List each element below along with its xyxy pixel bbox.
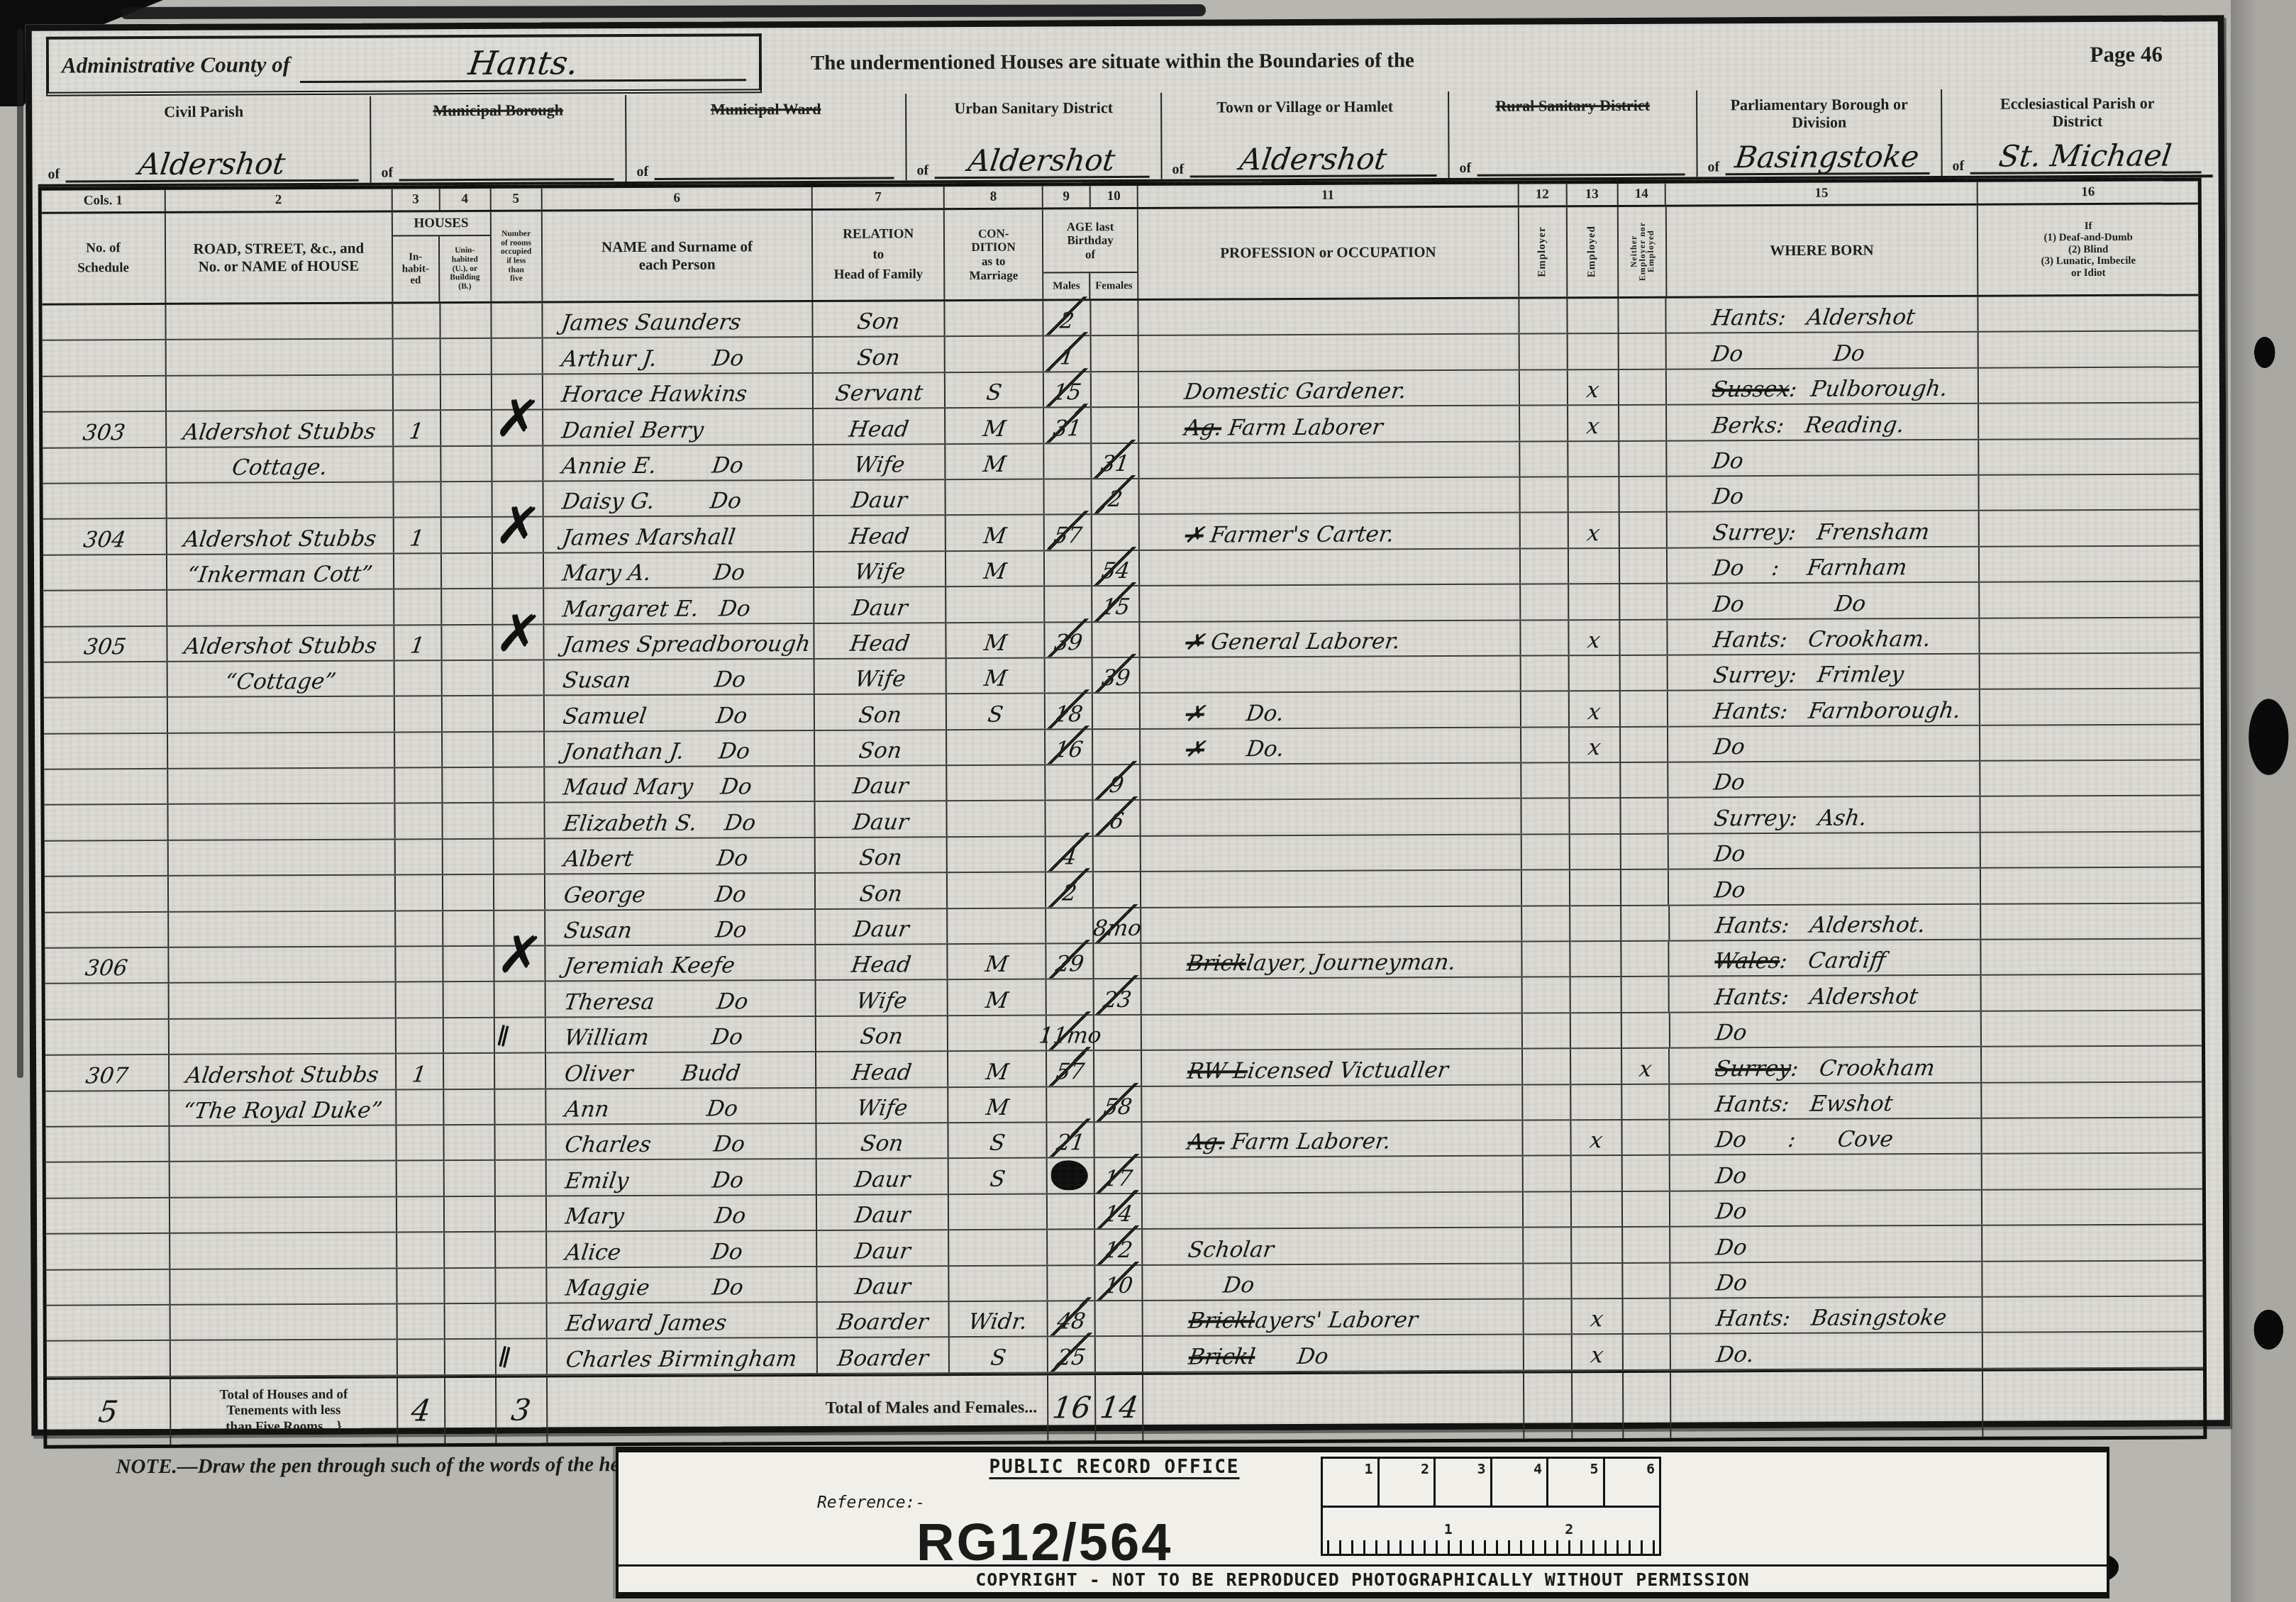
name-cell: Jeremiah Keefe [545, 945, 816, 981]
age-male-cell: 4 [1046, 837, 1094, 872]
rooms-cell: ✗ [492, 411, 543, 445]
name-cell: Maud Mary Do [545, 767, 816, 802]
occupation-cell [1142, 1085, 1523, 1121]
age-female-cell: 12 [1095, 1230, 1143, 1264]
schedule-cell: 307 [45, 1055, 170, 1090]
col-header-females: Females [1090, 273, 1137, 299]
uninhabited-cell [444, 1054, 495, 1089]
employer-cell [1524, 1299, 1572, 1334]
employer-cell [1520, 442, 1568, 477]
address-cell [169, 876, 396, 911]
age-male-cell [1046, 801, 1094, 836]
name-cell: Ann Do [546, 1089, 817, 1124]
relation-cell: Daur [817, 1195, 949, 1230]
neither-cell [1623, 1263, 1671, 1298]
infirmity-cell [1982, 1047, 2202, 1082]
address-cell [169, 947, 396, 983]
name-cell: Charles Birmingham [547, 1338, 818, 1374]
uninhabited-cell [443, 733, 494, 767]
district-parliamentary: Parliamentary Borough or Division ofBasi… [1697, 89, 1943, 177]
employed-cell [1569, 584, 1620, 619]
neither-cell [1621, 727, 1669, 762]
relation-cell: Head [815, 623, 947, 658]
rooms-cell: ∥ [494, 1018, 545, 1052]
condition-cell: M [945, 444, 1044, 479]
uninhabited-cell [443, 911, 494, 946]
infirmity-cell [1982, 1225, 2202, 1261]
uninhabited-cell [441, 411, 492, 445]
infirmity-cell [1980, 653, 2200, 689]
inhabited-cell: 1 [394, 625, 442, 660]
occupation-cell [1141, 835, 1522, 871]
relation-cell: Daur [814, 587, 946, 622]
name-cell: Mary Do [546, 1196, 817, 1231]
relation-cell: Head [816, 1052, 948, 1086]
relation-cell: Son [817, 1123, 949, 1158]
relation-cell: Son [815, 694, 947, 729]
age-female-cell [1092, 372, 1139, 407]
address-cell: “Cottage” [167, 661, 394, 696]
relation-cell: Daur [817, 1230, 949, 1265]
occupation-cell: Bricklayers' Laborer [1143, 1300, 1524, 1336]
age-male-cell [1048, 1194, 1095, 1229]
where-born-cell: Hants: Aldershot [1670, 976, 1982, 1011]
where-born-cell: Do [1668, 440, 1980, 475]
employed-cell [1569, 656, 1620, 691]
address-cell [167, 590, 394, 625]
infirmity-cell [1980, 689, 2200, 725]
age-male-cell: 1 [1044, 337, 1092, 372]
employer-cell [1519, 370, 1568, 405]
uninhabited-cell [445, 1233, 496, 1267]
infirmity-cell [1982, 975, 2202, 1011]
inhabited-cell: 1 [396, 1054, 444, 1089]
relation-cell: Son [814, 301, 945, 336]
occupation-cell [1141, 906, 1522, 942]
employed-cell [1571, 1156, 1622, 1191]
col-header-age-group: AGE last Birthday of Males Females [1043, 209, 1139, 299]
name-cell: Susan Do [545, 910, 816, 945]
employer-cell [1521, 621, 1569, 655]
occupation-cell: ✗ Do. [1141, 728, 1521, 764]
employer-cell [1519, 335, 1568, 369]
condition-cell: M [947, 658, 1046, 693]
employed-cell: x [1572, 1335, 1623, 1369]
employer-cell [1520, 406, 1568, 440]
condition-cell [948, 873, 1046, 908]
infirmity-cell [1982, 1154, 2202, 1189]
where-born-cell: Berks: Reading. [1668, 404, 1980, 440]
age-female-cell: 17 [1095, 1158, 1143, 1193]
scan-edge-smear [121, 4, 1206, 19]
rooms-cell [494, 768, 545, 803]
where-born-cell: Do. [1671, 1333, 1983, 1369]
employer-cell [1524, 1264, 1572, 1298]
schedule-cell [45, 913, 169, 947]
neither-cell [1621, 906, 1670, 940]
infirmity-cell [1982, 939, 2202, 974]
employer-cell [1523, 1157, 1571, 1191]
uninhabited-cell [444, 1161, 495, 1196]
age-female-cell [1094, 1051, 1142, 1086]
condition-cell [948, 837, 1046, 872]
uninhabited-cell [443, 803, 494, 838]
schedule-cell [44, 769, 168, 804]
where-born-cell: Hants: Farnborough. [1668, 690, 1980, 725]
condition-cell [945, 301, 1044, 336]
employed-cell [1572, 1264, 1623, 1298]
schedule-cell [47, 1341, 171, 1376]
employed-cell [1570, 977, 1621, 1012]
inhabited-cell [395, 768, 443, 803]
uninhabited-cell [443, 1018, 494, 1053]
schedule-cell [44, 734, 168, 769]
relation-cell: Head [816, 945, 948, 979]
age-female-cell [1096, 1337, 1143, 1372]
condition-cell: M [948, 1087, 1047, 1122]
occupation-cell: Bricklayer, Journeyman. [1141, 942, 1522, 979]
schedule-cell [43, 340, 167, 375]
age-female-cell [1092, 622, 1140, 657]
where-born-cell: Do [1671, 1226, 1983, 1262]
employed-cell: x [1569, 620, 1620, 655]
occupation-cell [1141, 799, 1521, 835]
uninhabited-cell [445, 1304, 496, 1339]
inhabited-cell: 1 [394, 411, 441, 445]
condition-cell [946, 479, 1045, 514]
relation-cell: Head [814, 408, 945, 443]
age-female-cell: 10 [1095, 1265, 1143, 1300]
uninhabited-cell [441, 446, 492, 481]
totals-inhabited-cell: 4 [398, 1378, 445, 1443]
name-cell: Charles Do [546, 1124, 817, 1159]
relation-cell: Wife [816, 1088, 948, 1123]
schedule-cell [43, 447, 167, 482]
col-header-neither: Neither Employer nor Employed [1618, 207, 1667, 296]
employer-cell [1521, 549, 1569, 584]
occupation-cell [1141, 656, 1521, 692]
infirmity-cell [1980, 474, 2200, 510]
census-scan-page: { "page": { "county_label": "Administrat… [0, 0, 2296, 1602]
district-ecclesiastical: Ecclesiastical Parish or District ofSt. … [1942, 88, 2213, 176]
where-born-cell: Hants: Ewshot [1670, 1083, 1982, 1118]
where-born-cell: Do [1668, 476, 1980, 511]
condition-cell: Widr. [950, 1301, 1048, 1336]
situate-text: The undermentioned Houses are situate wi… [811, 49, 1414, 75]
uninhabited-cell [445, 1268, 496, 1303]
age-male-cell [1046, 765, 1093, 800]
relation-cell: Son [814, 338, 945, 372]
employer-cell [1522, 942, 1570, 977]
infirmity-cell [1981, 903, 2201, 939]
rooms-cell: ∥ [496, 1340, 547, 1374]
condition-cell: M [946, 516, 1045, 550]
age-male-cell: 31 [1044, 408, 1092, 443]
where-born-cell: Hants: Crookham. [1668, 618, 1980, 654]
schedule-cell [42, 305, 166, 340]
occupation-cell: ✗ General Laborer. [1140, 621, 1521, 657]
age-female-cell: 58 [1094, 1087, 1142, 1122]
schedule-cell [45, 1127, 170, 1162]
rooms-cell [492, 304, 543, 338]
rooms-cell [493, 696, 544, 731]
col-header-males: Males [1043, 273, 1090, 299]
where-born-cell: Surrey: Ash. [1669, 797, 1981, 833]
occupation-cell: Do [1143, 1264, 1524, 1300]
where-born-cell: Do [1669, 869, 1981, 904]
col-header-name: NAME and Surname of each Person [542, 211, 813, 301]
uninhabited-cell [440, 375, 492, 410]
census-table: Cols. 1 2 3 4 5 6 7 8 9 10 11 12 13 14 1… [38, 177, 2207, 1448]
inhabited-cell [393, 375, 440, 410]
schedule-cell: 304 [43, 519, 167, 554]
infirmity-cell [1982, 1118, 2202, 1153]
address-cell: Aldershot Stubbs [170, 1055, 396, 1090]
where-born-cell: Hants: Basingstoke [1671, 1298, 1983, 1333]
employed-cell [1570, 1013, 1621, 1048]
employed-cell: x [1572, 1299, 1623, 1334]
neither-cell [1619, 548, 1668, 583]
occupation-cell: Ag. Farm Laborer. [1142, 1121, 1523, 1157]
schedule-cell [43, 377, 167, 411]
age-female-cell: 15 [1092, 586, 1140, 621]
where-born-cell: Do : Farnham [1668, 547, 1980, 582]
inhabited-cell [397, 1269, 445, 1303]
employed-cell [1568, 299, 1619, 333]
uninhabited-cell [441, 482, 492, 517]
col-header-employer: Employer [1519, 207, 1568, 296]
age-female-cell [1096, 1301, 1143, 1336]
uninhabited-cell [442, 554, 493, 589]
address-cell [170, 1233, 397, 1269]
neither-cell [1620, 584, 1668, 619]
inhabited-cell [397, 1233, 445, 1267]
employer-cell [1523, 1120, 1571, 1155]
inhabited-cell [394, 482, 441, 517]
age-male-cell: 16 [1046, 730, 1093, 764]
where-born-cell: Sussex: Pulborough. [1667, 369, 1979, 404]
uninhabited-cell [442, 589, 493, 624]
condition-cell [948, 801, 1046, 836]
name-cell: Emily Do [546, 1159, 817, 1195]
rooms-cell [496, 1304, 547, 1339]
neither-cell [1622, 1120, 1670, 1155]
age-male-cell [1045, 479, 1092, 514]
age-male-cell: 18 [1046, 694, 1093, 729]
age-female-cell [1093, 694, 1141, 728]
address-cell [170, 1162, 397, 1197]
employer-cell [1524, 1228, 1572, 1262]
schedule-cell [43, 591, 167, 625]
rooms-cell [495, 1196, 546, 1231]
infirmity-cell [1983, 1261, 2203, 1296]
relation-cell: Head [814, 516, 946, 550]
uninhabited-cell [443, 982, 494, 1017]
reference-label: Reference:- [817, 1493, 925, 1512]
infirmity-cell [1982, 1011, 2202, 1046]
employed-cell: x [1570, 728, 1621, 762]
address-cell [168, 733, 395, 768]
neither-cell [1621, 763, 1669, 798]
employer-cell [1520, 513, 1568, 548]
address-cell [167, 482, 394, 518]
name-cell: James Spreadborough [544, 623, 815, 659]
occupation-cell [1141, 871, 1522, 907]
age-male-cell: 48 [1048, 1301, 1096, 1336]
col-header-inhabited: In- habit- ed [393, 236, 440, 301]
employer-cell [1522, 1013, 1570, 1048]
employed-cell: x [1568, 370, 1619, 405]
infirmity-cell [1979, 296, 2199, 331]
employed-cell [1570, 835, 1621, 869]
address-cell [169, 911, 396, 947]
employer-cell [1521, 835, 1570, 869]
age-female-cell [1094, 872, 1141, 907]
age-male-cell [1045, 551, 1092, 586]
name-cell: George Do [545, 874, 816, 909]
county-value-handwritten: Hants. [466, 45, 579, 80]
rooms-cell [494, 839, 545, 874]
uninhabited-cell [442, 625, 493, 660]
age-male-cell: 11mo [1047, 1016, 1094, 1050]
uninhabited-cell [442, 661, 493, 696]
col-header-schedule: No. of Schedule [42, 213, 166, 304]
relation-cell: Son [815, 730, 947, 765]
age-male-cell [1045, 586, 1092, 621]
occupation-cell: Ag. Farm Laborer [1139, 406, 1520, 443]
condition-cell: S [949, 1159, 1048, 1194]
condition-cell: S [949, 1123, 1048, 1157]
neither-cell [1622, 1191, 1670, 1226]
pro-reference-strip: PUBLIC RECORD OFFICE Reference:- RG12/56… [616, 1447, 2109, 1598]
totals-males-females-label: Total of Males and Females... [548, 1375, 1049, 1442]
age-female-cell: 31 [1092, 443, 1139, 478]
condition-cell [947, 730, 1046, 764]
schedule-cell [44, 662, 168, 697]
inhabited-cell [396, 1018, 443, 1053]
employed-cell: x [1569, 691, 1620, 726]
occupation-cell [1139, 442, 1520, 478]
neither-cell [1621, 942, 1670, 977]
uninhabited-cell [443, 840, 494, 874]
schedule-cell [46, 1234, 170, 1269]
schedule-cell [46, 1269, 170, 1304]
uninhabited-cell [440, 339, 492, 374]
condition-cell [949, 1266, 1048, 1301]
where-born-cell: Do [1669, 725, 1981, 761]
totals-males-cell: 16 [1048, 1375, 1096, 1440]
address-cell [170, 1197, 397, 1233]
infirmity-cell [1981, 796, 2201, 832]
neither-cell [1620, 620, 1668, 655]
employer-cell [1524, 1335, 1572, 1370]
district-urban-sanitary: Urban Sanitary District ofAldershot [906, 93, 1163, 181]
county-label: Administrative County of [62, 52, 290, 78]
condition-cell: M [948, 980, 1047, 1015]
schedule-cell: 303 [43, 412, 167, 447]
uninhabited-cell [440, 304, 492, 338]
schedule-cell [43, 555, 167, 590]
where-born-cell: Do [1670, 1012, 1982, 1047]
age-male-cell [1048, 1266, 1095, 1301]
age-male-cell [1048, 1230, 1095, 1264]
infirmity-cell [1979, 332, 2199, 367]
condition-cell [949, 1230, 1048, 1265]
occupation-cell [1140, 585, 1521, 621]
employer-cell [1520, 477, 1568, 512]
age-female-cell [1092, 408, 1139, 443]
rooms-cell [495, 1125, 546, 1160]
schedule-cell [46, 1198, 170, 1233]
infirmity-cell [1979, 439, 2199, 474]
schedule-cell [44, 698, 168, 733]
name-cell: Daisy G. Do [543, 481, 814, 516]
relation-cell: Daur [816, 766, 948, 801]
relation-cell: Daur [816, 802, 948, 837]
relation-cell: Son [816, 838, 948, 872]
age-female-cell [1092, 336, 1139, 371]
inhabited-cell [395, 804, 443, 839]
infirmity-cell [1983, 1296, 2203, 1332]
neither-cell: x [1622, 1049, 1670, 1084]
col-header-infirmity: If (1) Deaf-and-Dumb (2) Blind (3) Lunat… [1978, 204, 2198, 294]
neither-cell [1619, 369, 1667, 404]
relation-cell: Wife [815, 659, 947, 694]
occupation-cell: RW Licensed Victualler [1142, 1050, 1523, 1086]
col-header-condition: CON- DITION as to Marriage [945, 210, 1043, 300]
col-header-employed: Employed [1567, 207, 1619, 296]
relation-cell: Wife [814, 552, 946, 586]
neither-cell [1623, 1335, 1671, 1369]
inhabited-cell [396, 947, 443, 981]
rooms-cell [494, 875, 545, 910]
name-cell: Elizabeth S. Do [545, 802, 816, 838]
age-female-cell: 39 [1093, 658, 1141, 693]
employed-cell [1571, 1192, 1622, 1227]
employer-cell [1521, 692, 1569, 727]
neither-cell [1619, 299, 1667, 333]
name-cell: Alice Do [547, 1231, 818, 1267]
where-born-cell: Do : Cove [1670, 1119, 1982, 1155]
column-header-row: No. of Schedule ROAD, STREET, &c., and N… [42, 204, 2199, 305]
age-female-cell: 6 [1093, 801, 1141, 835]
uninhabited-cell [445, 1340, 496, 1374]
condition-cell [948, 908, 1046, 943]
district-municipal-ward: Municipal Ward of [626, 94, 907, 182]
address-cell: Cottage. [167, 447, 394, 482]
relation-cell: Daur [816, 909, 948, 944]
col-header-houses-group: HOUSES In- habit- ed Unin- habited (U.),… [392, 212, 492, 302]
where-born-cell: Hants: Aldershot. [1670, 904, 1982, 940]
employed-cell [1568, 549, 1619, 584]
employer-cell [1524, 1192, 1572, 1227]
condition-cell [949, 1194, 1048, 1229]
where-born-cell: Do [1671, 1262, 1983, 1297]
age-female-cell [1094, 1123, 1142, 1157]
schedule-cell [46, 1162, 170, 1197]
address-cell [168, 769, 395, 804]
schedule-cell: 306 [45, 948, 169, 983]
district-rural-sanitary: Rural Sanitary District of [1449, 90, 1698, 178]
inhabited-cell: 1 [394, 518, 441, 553]
inhabited-cell [394, 589, 442, 624]
address-cell [169, 840, 396, 875]
relation-cell: Servant [814, 373, 945, 408]
district-civil-parish: Civil Parish ofAldershot [38, 96, 372, 184]
address-cell [168, 804, 395, 840]
neither-cell [1621, 799, 1669, 833]
inhabited-cell [394, 697, 442, 732]
